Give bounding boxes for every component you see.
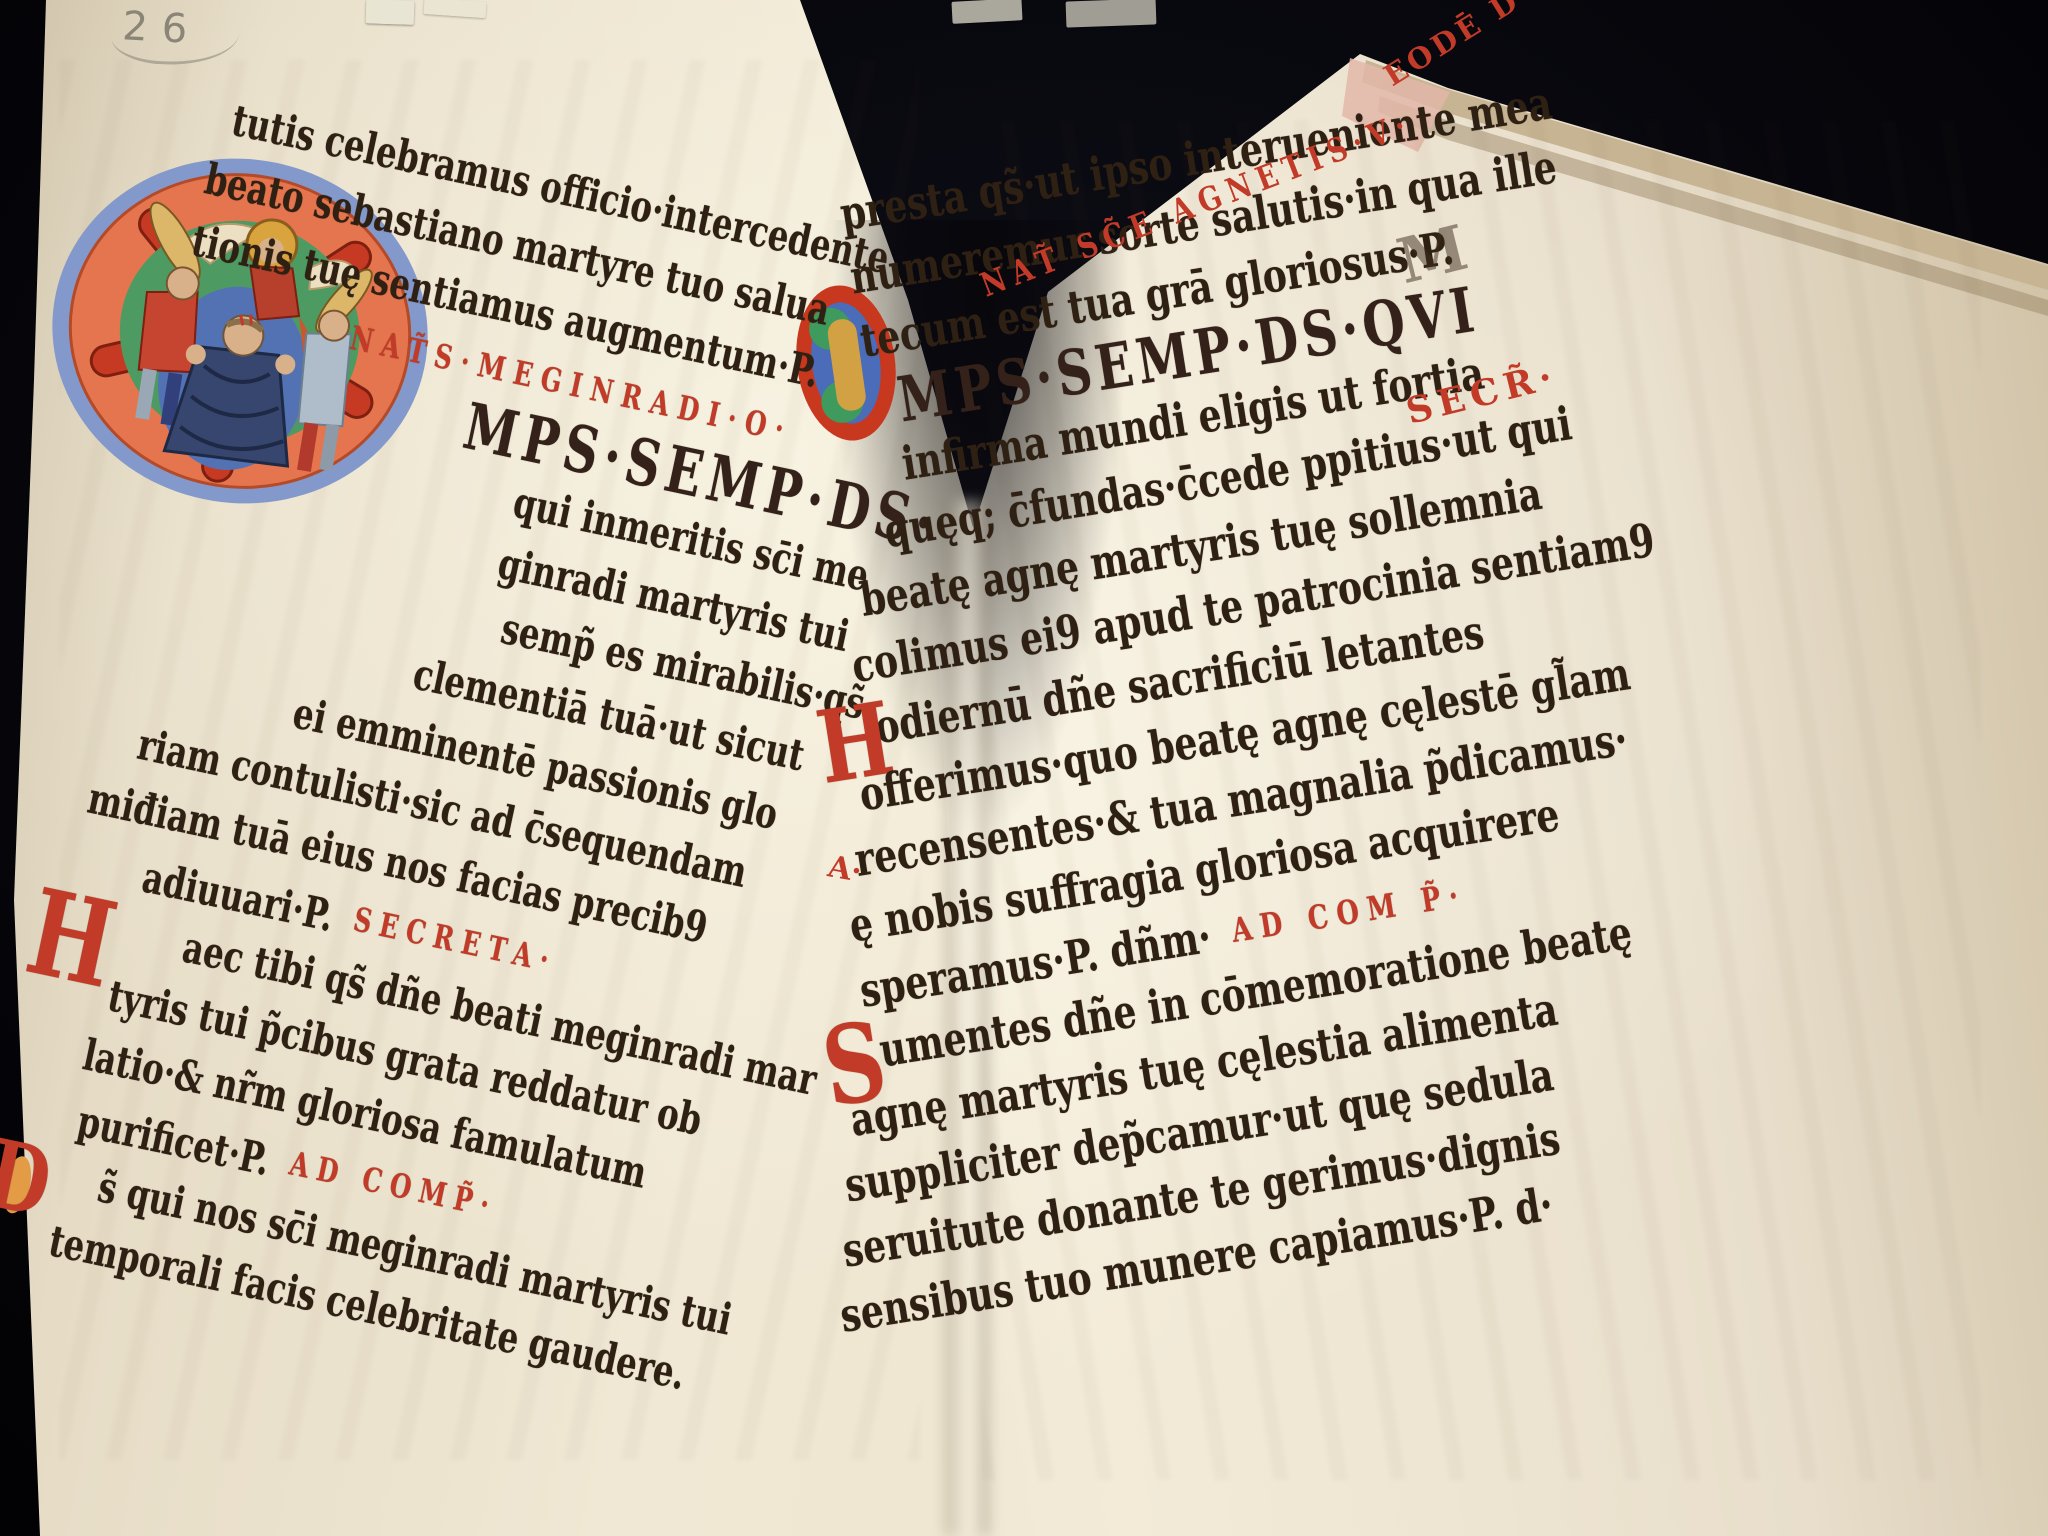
tape-strip xyxy=(424,0,487,18)
right-page-text: presta qs̃·ut ipso interueniente mea num… xyxy=(836,87,1633,1322)
initial-d: D xyxy=(0,1127,59,1232)
manuscript-photo: 26 xyxy=(0,0,2048,1536)
tape-strip xyxy=(1066,0,1157,28)
folio-number: 26 xyxy=(111,3,241,69)
tape-strip xyxy=(951,0,1022,24)
initial-h: H xyxy=(18,872,124,1005)
rubric-eodem-die: EODĒ D· xyxy=(1378,0,1538,93)
tape-strip xyxy=(366,0,415,25)
margin-letter-a: A· xyxy=(825,849,864,889)
